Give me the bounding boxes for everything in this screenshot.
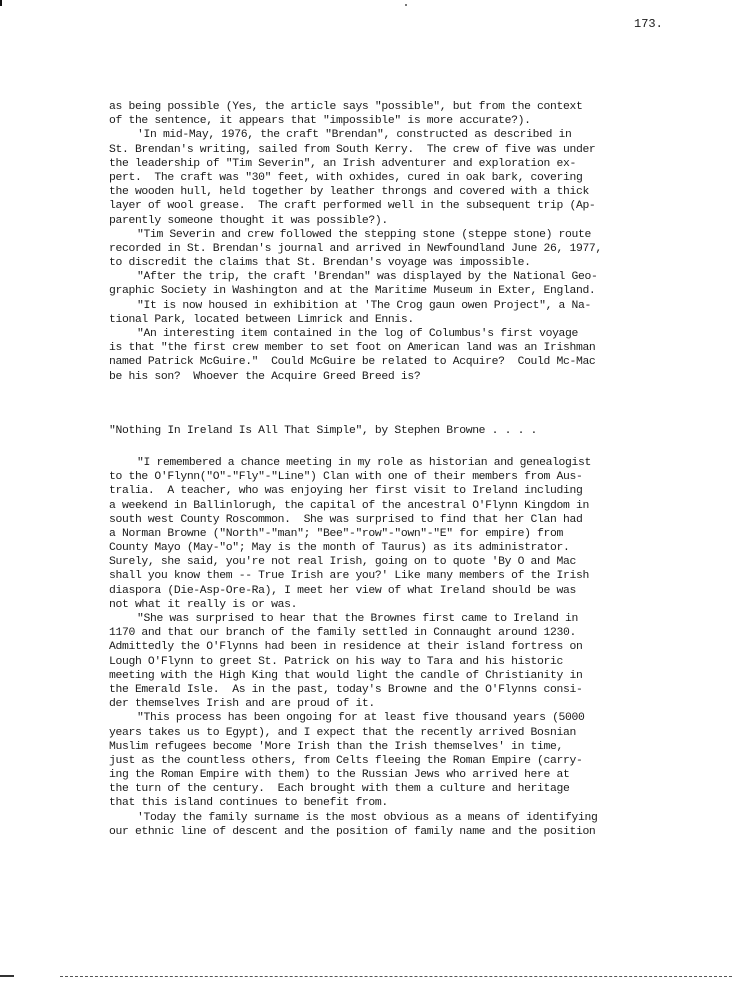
text-line: Muslim refugees become 'More Irish than … xyxy=(109,740,669,754)
scan-speck xyxy=(405,4,407,6)
text-line: 1170 and that our branch of the family s… xyxy=(109,626,669,640)
text-line: the leadership of "Tim Severin", an Iris… xyxy=(109,157,669,171)
text-line: to the O'Flynn("O"-"Fly"-"Line") Clan wi… xyxy=(109,470,669,484)
text-line: the wooden hull, held together by leathe… xyxy=(109,185,669,199)
text-line: County Mayo (May-"o"; May is the month o… xyxy=(109,541,669,555)
text-line: parently someone thought it was possible… xyxy=(109,214,669,228)
text-line: tralia. A teacher, who was enjoying her … xyxy=(109,484,669,498)
text-line: a weekend in Ballinlorugh, the capital o… xyxy=(109,499,669,513)
text-line: south west County Roscommon. She was sur… xyxy=(109,513,669,527)
text-line: a Norman Browne ("North"-"man"; "Bee"-"r… xyxy=(109,527,669,541)
text-line: diaspora (Die-Asp-Ore-Ra), I meet her vi… xyxy=(109,584,669,598)
paragraph-start-line: "After the trip, the craft 'Brendan" was… xyxy=(109,270,669,284)
text-line: just as the countless others, from Celts… xyxy=(109,754,669,768)
paragraph-start-line: "Tim Severin and crew followed the stepp… xyxy=(109,228,669,242)
article-heading: "Nothing In Ireland Is All That Simple",… xyxy=(109,424,669,438)
text-line: graphic Society in Washington and at the… xyxy=(109,284,669,298)
text-line: years takes us to Egypt), and I expect t… xyxy=(109,726,669,740)
paragraph-start-line: "An interesting item contained in the lo… xyxy=(109,327,669,341)
text-line: Surely, she said, you're not real Irish,… xyxy=(109,555,669,569)
text-line: the turn of the century. Each brought wi… xyxy=(109,782,669,796)
paragraph-start-line: "It is now housed in exhibition at 'The … xyxy=(109,299,669,313)
text-line: layer of wool grease. The craft performe… xyxy=(109,199,669,213)
text-line: of the sentence, it appears that "imposs… xyxy=(109,114,669,128)
text-line: Lough O'Flynn to greet St. Patrick on hi… xyxy=(109,655,669,669)
text-line: our ethnic line of descent and the posit… xyxy=(109,825,669,839)
section-gap xyxy=(109,384,669,412)
paragraph-start-line: 'In mid-May, 1976, the craft "Brendan", … xyxy=(109,128,669,142)
text-line: ing the Roman Empire with them) to the R… xyxy=(109,768,669,782)
text-line: St. Brendan's writing, sailed from South… xyxy=(109,143,669,157)
text-line: tional Park, located between Limrick and… xyxy=(109,313,669,327)
text-line: der themselves Irish and are proud of it… xyxy=(109,697,669,711)
text-line: to discredit the claims that St. Brendan… xyxy=(109,256,669,270)
text-line: that this island continues to benefit fr… xyxy=(109,796,669,810)
text-line: is that "the first crew member to set fo… xyxy=(109,341,669,355)
paragraph-start-line: "I remembered a chance meeting in my rol… xyxy=(109,456,669,470)
scan-edge-mark xyxy=(0,975,14,977)
text-line: named Patrick McGuire." Could McGuire be… xyxy=(109,355,669,369)
document-body: as being possible (Yes, the article says… xyxy=(109,100,669,839)
text-line: be his son? Whoever the Acquire Greed Br… xyxy=(109,370,669,384)
paragraph-start-line: "This process has been ongoing for at le… xyxy=(109,711,669,725)
scan-corner-mark xyxy=(0,0,2,6)
text-line: the Emerald Isle. As in the past, today'… xyxy=(109,683,669,697)
paragraph-start-line: "She was surprised to hear that the Brow… xyxy=(109,612,669,626)
text-line: meeting with the High King that would li… xyxy=(109,669,669,683)
text-line: as being possible (Yes, the article says… xyxy=(109,100,669,114)
text-line: pert. The craft was "30" feet, with oxhi… xyxy=(109,171,669,185)
heading-gap xyxy=(109,438,669,456)
page-number: 173. xyxy=(634,17,663,31)
paragraph-start-line: 'Today the family surname is the most ob… xyxy=(109,811,669,825)
text-line: shall you know them -- True Irish are yo… xyxy=(109,569,669,583)
text-line: Admittedly the O'Flynns had been in resi… xyxy=(109,640,669,654)
text-line: not what it really is or was. xyxy=(109,598,669,612)
article-nothing-in-ireland: "I remembered a chance meeting in my rol… xyxy=(109,456,669,839)
page-bottom-rule xyxy=(60,976,732,977)
article-saint-brendan: as being possible (Yes, the article says… xyxy=(109,100,669,384)
text-line: recorded in St. Brendan's journal and ar… xyxy=(109,242,669,256)
